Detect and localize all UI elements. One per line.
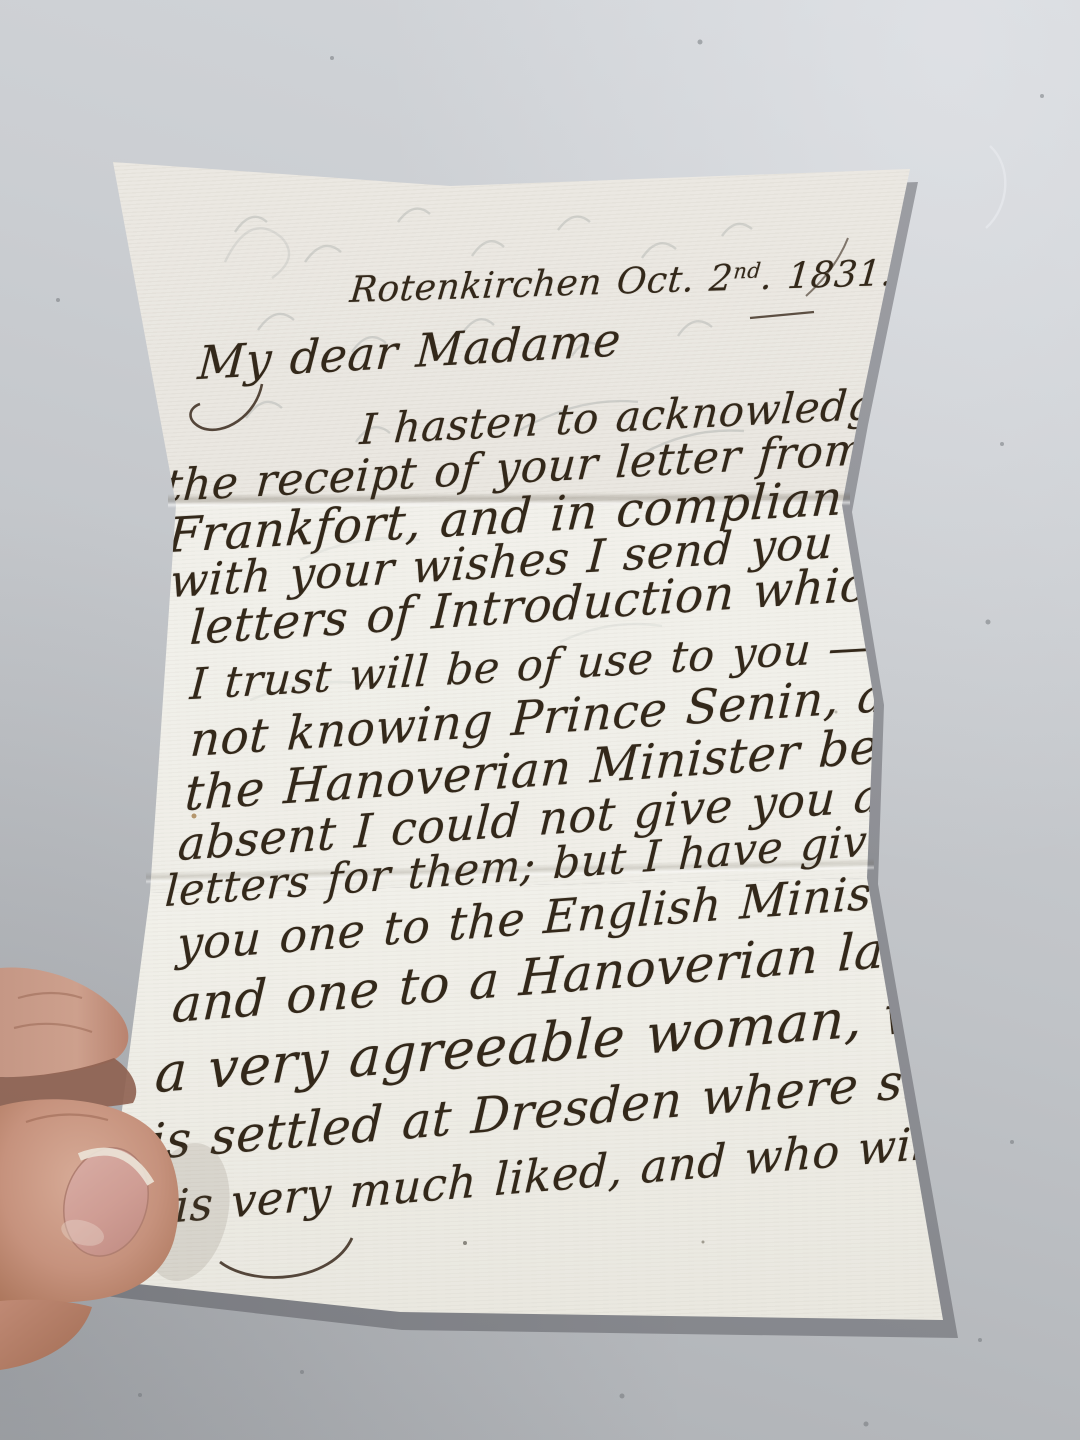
hand [0,0,1080,1440]
photo-of-handwritten-letter: Rotenkirchen Oct. 2nd. 1831. My dear Mad… [0,0,1080,1440]
hand-lower [0,1300,92,1370]
